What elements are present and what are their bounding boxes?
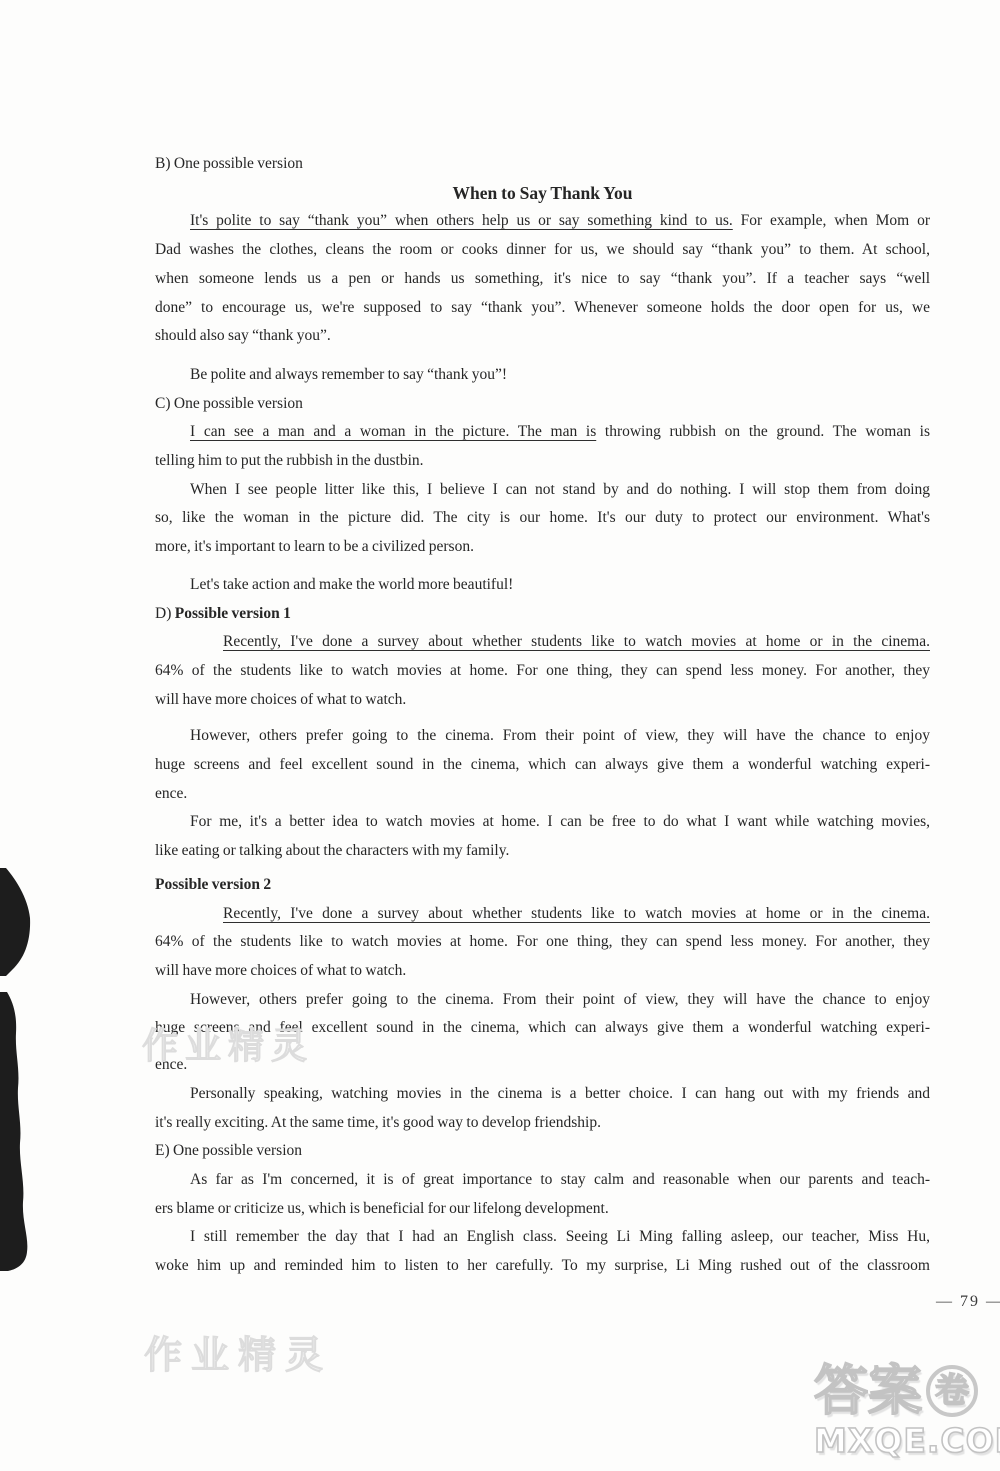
brand-logo: 答案 卷 bbox=[814, 1364, 1000, 1418]
text-segment: For me, it's a better idea to watch movi… bbox=[190, 813, 930, 830]
text-line: 64% of the students like to watch movies… bbox=[155, 657, 930, 686]
text-segment: Possible version 2 bbox=[155, 876, 271, 893]
text-segment: Dad washes the clothes, cleans the room … bbox=[155, 241, 930, 258]
text-line: woke him up and reminded him to listen t… bbox=[155, 1252, 930, 1281]
text-line: As far as I'm concerned, it is of great … bbox=[155, 1166, 930, 1195]
essay-title: When to Say Thank You bbox=[155, 179, 930, 208]
text-line: ence. bbox=[155, 780, 930, 809]
scanned-page: B) One possible versionWhen to Say Thank… bbox=[0, 0, 1000, 1471]
text-line: should also say “thank you”. bbox=[155, 322, 930, 351]
text-line: Recently, I've done a survey about wheth… bbox=[155, 628, 930, 657]
text-segment: will have more choices of what to watch. bbox=[155, 691, 406, 708]
text-segment: 64% of the students like to watch movies… bbox=[155, 933, 930, 950]
text-line: so, like the woman in the picture did. T… bbox=[155, 504, 930, 533]
text-segment: done” to encourage us, we're supposed to… bbox=[155, 299, 930, 316]
underlined-text: Recently, I've done a survey about wheth… bbox=[223, 905, 930, 922]
text-segment: woke him up and reminded him to listen t… bbox=[155, 1257, 930, 1274]
text-segment: will have more choices of what to watch. bbox=[155, 962, 406, 979]
text-segment: throwing rubbish on the ground. The woma… bbox=[596, 423, 930, 440]
text-line: when someone lends us a pen or hands us … bbox=[155, 265, 930, 294]
section-label: E) One possible version bbox=[155, 1137, 930, 1166]
text-line: telling him to put the rubbish in the du… bbox=[155, 447, 930, 476]
text-segment: when someone lends us a pen or hands us … bbox=[155, 270, 930, 287]
text-line: huge screens and feel excellent sound in… bbox=[155, 751, 930, 780]
text-segment: As far as I'm concerned, it is of great … bbox=[190, 1171, 930, 1188]
text-segment: D) bbox=[155, 605, 175, 622]
text-segment: However, others prefer going to the cine… bbox=[190, 991, 930, 1008]
section-label: Possible version 2 bbox=[155, 871, 930, 900]
text-line: will have more choices of what to watch. bbox=[155, 957, 930, 986]
brand-url-watermark: MXQE.COM bbox=[814, 1424, 1000, 1457]
text-segment: more, it's important to learn to be a ci… bbox=[155, 538, 474, 555]
text-segment: 64% of the students like to watch movies… bbox=[155, 662, 930, 679]
text-segment: telling him to put the rubbish in the du… bbox=[155, 452, 424, 469]
text-segment: should also say “thank you”. bbox=[155, 327, 331, 344]
text-line: However, others prefer going to the cine… bbox=[155, 722, 930, 751]
text-line: For me, it's a better idea to watch movi… bbox=[155, 808, 930, 837]
text-segment: ence. bbox=[155, 785, 187, 802]
text-line: It's polite to say “thank you” when othe… bbox=[155, 207, 930, 236]
text-segment: For example, when Mom or bbox=[733, 212, 930, 229]
text-segment: so, like the woman in the picture did. T… bbox=[155, 509, 930, 526]
text-line: Recently, I've done a survey about wheth… bbox=[155, 900, 930, 929]
brand-logo-text: 答案 bbox=[814, 1364, 922, 1418]
text-segment: like eating or talking about the charact… bbox=[155, 842, 509, 859]
section-label: D) Possible version 1 bbox=[155, 600, 930, 629]
underlined-text: It's polite to say “thank you” when othe… bbox=[190, 212, 733, 229]
text-line: Dad washes the clothes, cleans the room … bbox=[155, 236, 930, 265]
section-label: B) One possible version bbox=[155, 150, 930, 179]
text-segment: Be polite and always remember to say “th… bbox=[190, 366, 507, 383]
text-segment: When I see people litter like this, I be… bbox=[190, 481, 930, 498]
answer-key-text: B) One possible versionWhen to Say Thank… bbox=[155, 150, 930, 1281]
watermark-zuoyejingling-center: 作业精灵 bbox=[142, 1018, 314, 1069]
text-segment: C) One possible version bbox=[155, 395, 303, 412]
text-line: more, it's important to learn to be a ci… bbox=[155, 533, 930, 562]
text-line: I can see a man and a woman in the pictu… bbox=[155, 418, 930, 447]
text-segment: Possible version 1 bbox=[175, 605, 291, 622]
text-segment: Let's take action and make the world mor… bbox=[190, 576, 513, 593]
underlined-text: Recently, I've done a survey about wheth… bbox=[223, 633, 930, 650]
text-line: Personally speaking, watching movies in … bbox=[155, 1080, 930, 1109]
brand-circle-icon: 卷 bbox=[926, 1365, 978, 1417]
text-line: I still remember the day that I had an E… bbox=[155, 1223, 930, 1252]
section-label: C) One possible version bbox=[155, 390, 930, 419]
text-segment: ers blame or criticize us, which is bene… bbox=[155, 1200, 609, 1217]
brand-watermark: 答案 卷 MXQE.COM bbox=[814, 1364, 1000, 1457]
text-line: like eating or talking about the charact… bbox=[155, 837, 930, 866]
page-number: — 79 — bbox=[936, 1293, 1000, 1311]
text-line: When I see people litter like this, I be… bbox=[155, 476, 930, 505]
text-line: done” to encourage us, we're supposed to… bbox=[155, 294, 930, 323]
text-segment: it's really exciting. At the same time, … bbox=[155, 1114, 601, 1131]
text-segment: B) One possible version bbox=[155, 155, 303, 172]
text-line: will have more choices of what to watch. bbox=[155, 686, 930, 715]
text-segment: Personally speaking, watching movies in … bbox=[190, 1085, 930, 1102]
text-segment: huge screens and feel excellent sound in… bbox=[155, 756, 930, 773]
text-line: it's really exciting. At the same time, … bbox=[155, 1109, 930, 1138]
text-line: Be polite and always remember to say “th… bbox=[155, 361, 930, 390]
text-line: However, others prefer going to the cine… bbox=[155, 986, 930, 1015]
text-line: Let's take action and make the world mor… bbox=[155, 571, 930, 600]
text-line: 64% of the students like to watch movies… bbox=[155, 928, 930, 957]
underlined-text: I can see a man and a woman in the pictu… bbox=[190, 423, 596, 440]
text-segment: E) One possible version bbox=[155, 1142, 302, 1159]
left-edge-tear-marks bbox=[0, 860, 40, 1280]
text-segment: When to Say Thank You bbox=[453, 183, 633, 203]
text-segment: However, others prefer going to the cine… bbox=[190, 727, 930, 744]
watermark-zuoyejingling-bottom: 作业精灵 bbox=[144, 1324, 332, 1379]
text-segment: I still remember the day that I had an E… bbox=[190, 1228, 930, 1245]
text-line: ers blame or criticize us, which is bene… bbox=[155, 1195, 930, 1224]
